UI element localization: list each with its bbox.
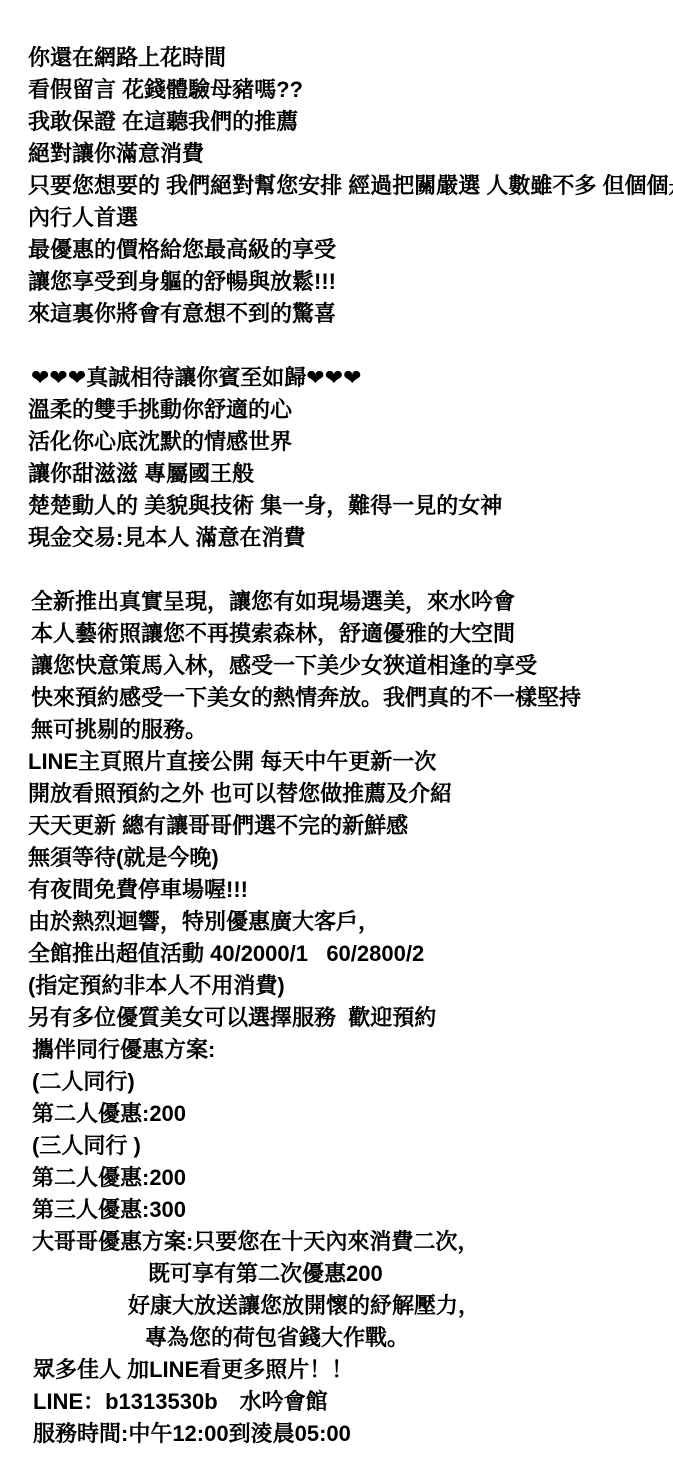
text-line: 服務時間:中午12:00到淩晨05:00 [28,1418,668,1450]
text-line: 我敢保證 在這聽我們的推薦 [28,106,668,138]
text-line: 由於熱烈迴響，特別優惠廣大客戶， [28,906,668,938]
text-line: 讓您快意策馬入林，感受一下美少女狹道相逢的享受 [28,650,668,682]
text-line: 活化你心底沈默的情感世界 [28,426,668,458]
blank-line [28,554,668,586]
text-line: 大哥哥優惠方案:只要您在十天內來消費二次， [28,1226,668,1258]
text-line: 最優惠的價格給您最高級的享受 [28,234,668,266]
text-line: 眾多佳人 加LINE看更多照片！！ [28,1354,668,1386]
text-line: 看假留言 花錢體驗母豬嗎?? [28,74,668,106]
text-content: 你還在網路上花時間看假留言 花錢體驗母豬嗎??我敢保證 在這聽我們的推薦絕對讓你… [28,42,668,1450]
text-line: 來這裏你將會有意想不到的驚喜 [28,298,668,330]
text-line: 楚楚動人的 美貌與技術 集一身，難得一見的女神 [28,490,668,522]
text-line: 本人藝術照讓您不再摸索森林，舒適優雅的大空間 [28,618,668,650]
text-line: 全新推出真實呈現，讓您有如現場選美，來水吟會 [28,586,668,618]
text-line: 絕對讓你滿意消費 [28,138,668,170]
text-line: 現金交易:見本人 滿意在消費 [28,522,668,554]
text-line: 天天更新 總有讓哥哥們選不完的新鮮感 [28,810,668,842]
blank-line [28,330,668,362]
text-line: 有夜間免費停車場喔!!! [28,874,668,906]
text-line: 另有多位優質美女可以選擇服務 歡迎預約 [28,1002,668,1034]
text-line: 讓您享受到身軀的舒暢與放鬆!!! [28,266,668,298]
text-line: (三人同行 ) [28,1130,668,1162]
document-page: 你還在網路上花時間看假留言 花錢體驗母豬嗎??我敢保證 在這聽我們的推薦絕對讓你… [0,0,673,1483]
text-line: 攜伴同行優惠方案: [28,1034,668,1066]
text-line: 第二人優惠:200 [28,1098,668,1130]
text-line: 無可挑剔的服務。 [28,714,668,746]
text-line: 好康大放送讓您放開懷的紓解壓力， [28,1290,668,1322]
text-line: 既可享有第二次優惠200 [28,1258,668,1290]
text-line: LINE：b1313530b 水吟會館 [28,1386,668,1418]
text-line: 全館推出超值活動 40/2000/1 60/2800/2 [28,938,668,970]
text-line: 專為您的荷包省錢大作戰。 [28,1322,668,1354]
text-line: 開放看照預約之外 也可以替您做推薦及介紹 [28,778,668,810]
text-line: 只要您想要的 我們絕對幫您安排 經過把關嚴選 人數雖不多 但個個是精選 [28,170,668,202]
text-line: (指定預約非本人不用消費) [28,970,668,1002]
text-line: (二人同行) [28,1066,668,1098]
text-line: 讓你甜滋滋 專屬國王般 [28,458,668,490]
text-line: LINE主頁照片直接公開 每天中午更新一次 [28,746,668,778]
text-line: 內行人首選 [28,202,668,234]
text-line: 無須等待(就是今晚) [28,842,668,874]
text-line: 溫柔的雙手挑動你舒適的心 [28,394,668,426]
text-line: 你還在網路上花時間 [28,42,668,74]
text-line: 第三人優惠:300 [28,1194,668,1226]
text-line: ❤❤❤真誠相待讓你賓至如歸❤❤❤ [28,362,668,394]
text-line: 第二人優惠:200 [28,1162,668,1194]
text-line: 快來預約感受一下美女的熱情奔放。我們真的不一樣堅持 [28,682,668,714]
